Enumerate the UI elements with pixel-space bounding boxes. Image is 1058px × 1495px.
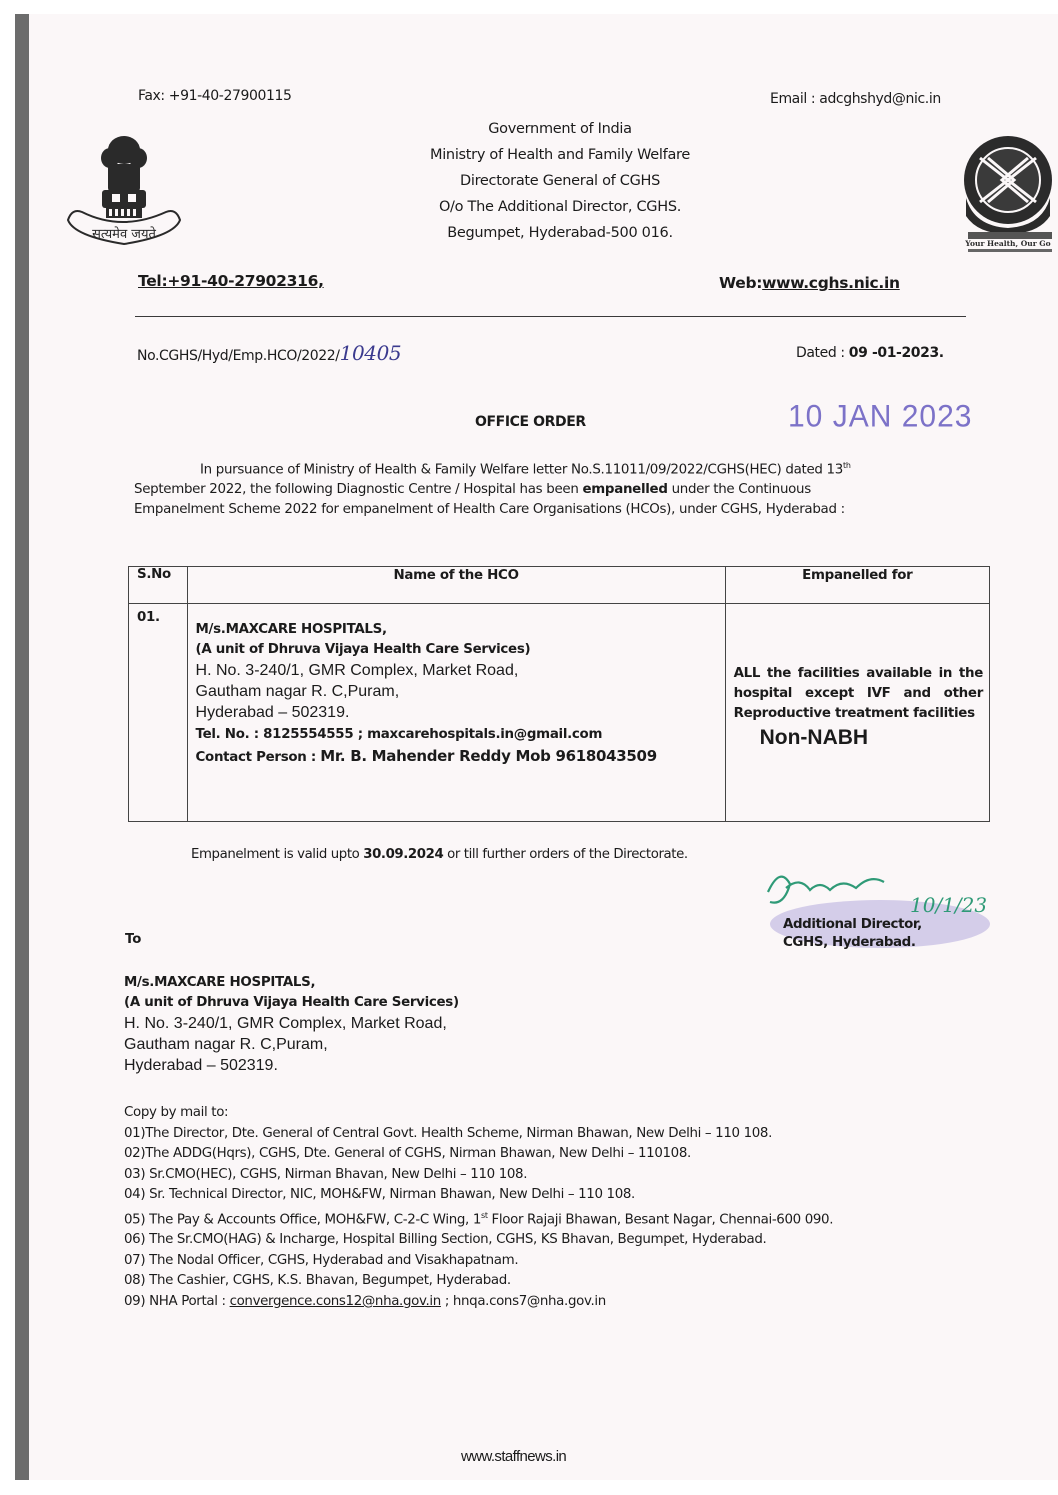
nha-email-link[interactable]: convergence.cons12@nha.gov.in xyxy=(230,1294,441,1309)
dated: Dated : 09 -01-2023. xyxy=(796,345,944,361)
list-item: 07) The Nodal Officer, CGHS, Hyderabad a… xyxy=(124,1251,833,1272)
website: Web:www.cghs.nic.in xyxy=(719,274,900,292)
cell-empanelled-for: ALL the facilities available in the hosp… xyxy=(725,604,989,822)
website-link[interactable]: www.cghs.nic.in xyxy=(762,274,900,292)
copy-to-list: Copy by mail to: 01)The Director, Dte. G… xyxy=(124,1103,833,1312)
received-date-stamp: 10 JAN 2023 xyxy=(788,399,972,435)
scan-edge xyxy=(15,14,29,1480)
list-item: 09) NHA Portal : convergence.cons12@nha.… xyxy=(124,1292,833,1313)
table-header-row: S.No Name of the HCO Empanelled for xyxy=(129,567,990,604)
fax-number: Fax: +91-40-27900115 xyxy=(138,88,292,104)
cghs-logo-icon: Your Health, Our Go xyxy=(958,128,1058,256)
header-name: Name of the HCO xyxy=(187,567,725,604)
telephone-number: Tel:+91-40-27902316, xyxy=(138,272,324,290)
footer-watermark: www.staffnews.in xyxy=(461,1448,566,1465)
list-item: 06) The Sr.CMO(HAG) & Incharge, Hospital… xyxy=(124,1230,833,1251)
header-sno: S.No xyxy=(129,567,188,604)
handwritten-number: 10405 xyxy=(340,341,402,365)
list-item: 03) Sr.CMO(HEC), CGHS, Nirman Bhavan, Ne… xyxy=(124,1165,833,1186)
organization-header: Government of India Ministry of Health a… xyxy=(380,116,740,246)
list-item: 01)The Director, Dte. General of Central… xyxy=(124,1124,833,1145)
to-label: To xyxy=(125,932,141,947)
list-item: 08) The Cashier, CGHS, K.S. Bhavan, Begu… xyxy=(124,1271,833,1292)
email-address: Email : adcghshyd@nic.in xyxy=(770,91,941,107)
signatory-designation: Additional Director, xyxy=(783,917,922,932)
addressee-block: M/s.MAXCARE HOSPITALS, (A unit of Dhruva… xyxy=(124,973,459,1076)
svg-text:10/1/23: 10/1/23 xyxy=(910,893,987,917)
list-item: 04) Sr. Technical Director, NIC, MOH&FW,… xyxy=(124,1185,833,1206)
header-empanelled-for: Empanelled for xyxy=(725,567,989,604)
copy-to-label: Copy by mail to: xyxy=(124,1103,833,1124)
hco-table: S.No Name of the HCO Empanelled for 01. … xyxy=(128,566,990,822)
table-row: 01. M/s.MAXCARE HOSPITALS, (A unit of Dh… xyxy=(129,604,990,822)
reference-number: No.CGHS/Hyd/Emp.HCO/2022/10405 xyxy=(137,341,401,365)
list-item: 05) The Pay & Accounts Office, MOH&FW, C… xyxy=(124,1206,833,1231)
cell-sno: 01. xyxy=(129,604,188,822)
svg-text:Your Health, Our Go: Your Health, Our Go xyxy=(964,239,1050,248)
nabh-category: Non-NABH xyxy=(734,728,983,748)
validity-statement: Empanelment is valid upto 30.09.2024 or … xyxy=(191,847,688,862)
svg-text:सत्यमेव जयते: सत्यमेव जयते xyxy=(92,226,156,242)
list-item: 02)The ADDG(Hqrs), CGHS, Dte. General of… xyxy=(124,1144,833,1165)
header-divider xyxy=(135,316,966,317)
document-title: OFFICE ORDER xyxy=(475,414,586,430)
cell-hco-details: M/s.MAXCARE HOSPITALS, (A unit of Dhruva… xyxy=(187,604,725,822)
national-emblem-icon: सत्यमेव जयते xyxy=(62,128,186,248)
signatory-office: CGHS, Hyderabad. xyxy=(783,935,916,950)
body-paragraph: In pursuance of Ministry of Health & Fam… xyxy=(134,456,968,520)
